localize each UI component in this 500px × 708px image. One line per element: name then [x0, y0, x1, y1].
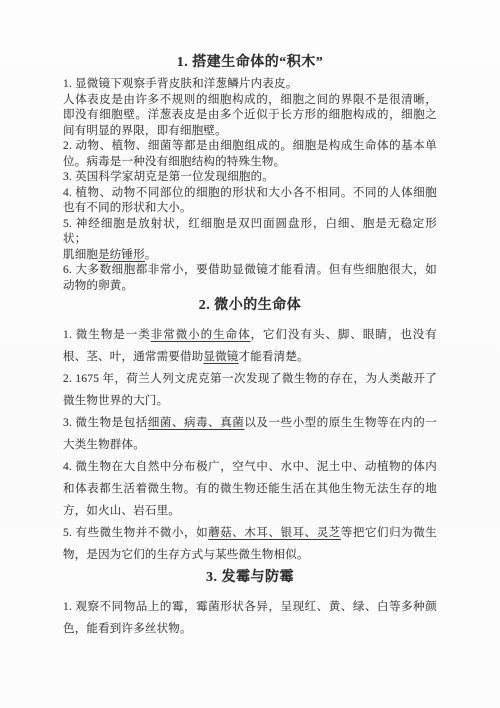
text-run: 2. 1675 年，荷兰人列文虎克第一次发现了微生物的存在，为人类敲开了微生物世…	[63, 373, 437, 407]
section-1: 1. 搭建生命体的“积木”1. 显微镜下观察手背皮肤和洋葱鳞片内表皮。人体表皮是…	[63, 54, 437, 294]
underlined-text: 蘑菇、木耳、银耳、灵芝	[208, 527, 341, 539]
paragraph: 1. 显微镜下观察手背皮肤和洋葱鳞片内表皮。	[63, 77, 437, 93]
text-run: 6. 大多数细胞都非常小，要借助显微镜才能看清。但有些细胞很大，如动物的卵黄。	[63, 264, 437, 292]
paragraph: 肌细胞是纺锤形。	[63, 248, 437, 264]
paragraph: 5. 有些微生物并不微小，如蘑菇、木耳、银耳、灵芝等把它们归为微生物，是因为它们…	[63, 522, 437, 566]
paragraph: 1. 微生物是一类非常微小的生命体，它们没有头、脚、眼睛，也没有根、茎、叶，通常…	[63, 324, 437, 368]
paragraph: 6. 大多数细胞都非常小，要借助显微镜才能看清。但有些细胞很大，如动物的卵黄。	[63, 263, 437, 294]
text-run: 。	[145, 249, 157, 261]
text-run: 肌细胞	[63, 249, 98, 261]
document-page: 1. 搭建生命体的“积木”1. 显微镜下观察手背皮肤和洋葱鳞片内表皮。人体表皮是…	[0, 0, 500, 708]
paragraph: 3. 微生物是包括细菌、病毒、真菌以及一些小型的原生生物等在内的一大类生物群体。	[63, 412, 437, 456]
section-title: 1. 搭建生命体的“积木”	[63, 54, 437, 72]
text-run: 1. 观察不同物品上的霉，霉菌形状各异，呈现红、黄、绿、白等多种颜色，能看到许多…	[63, 601, 437, 635]
text-run: 3. 微生物是包括	[63, 417, 148, 429]
paragraph: 人体表皮是由许多不规则的细胞构成的，细胞之间的界限不是很清晰，即没有细胞壁。洋葱…	[63, 93, 437, 140]
text-run: 4. 微生物在大自然中分布极广，空气中、水中、泥土中、动植物的体内和体表都生活着…	[63, 461, 437, 517]
paragraph: 2. 动物、植物、细菌等都是由细胞组成的。细胞是构成生命体的基本单位。病毒是一种…	[63, 139, 437, 170]
underlined-text: 非常微小的生命体	[151, 329, 251, 341]
text-run: 5. 神经细胞是放射状，红细胞是双凹面圆盘形，白细、胞是无稳定形状；	[63, 218, 437, 246]
paragraph: 2. 1675 年，荷兰人列文虎克第一次发现了微生物的存在，为人类敲开了微生物世…	[63, 368, 437, 412]
section-title: 3. 发霉与防霉	[63, 569, 437, 587]
section-2: 2. 微小的生命体1. 微生物是一类非常微小的生命体，它们没有头、脚、眼睛，也没…	[63, 297, 437, 566]
section-title: 2. 微小的生命体	[63, 297, 437, 315]
text-run: 3. 英国科学家胡克是第一位发现细胞的。	[63, 171, 274, 183]
text-run: 才能看清楚。	[239, 351, 309, 363]
underlined-text: 显微镜	[203, 351, 238, 363]
text-run: 5. 有些微生物并不微小，如	[63, 527, 208, 539]
text-run: 4. 植物、动物不同部位的细胞的形状和大小各不相同。不同的人体细胞也有不同的形状…	[63, 187, 437, 215]
text-run: 1. 显微镜下观察手背皮肤和洋葱鳞片内表皮。	[63, 78, 297, 90]
paragraph: 4. 微生物在大自然中分布极广，空气中、水中、泥土中、动植物的体内和体表都生活着…	[63, 456, 437, 522]
document-content: 1. 搭建生命体的“积木”1. 显微镜下观察手背皮肤和洋葱鳞片内表皮。人体表皮是…	[63, 54, 437, 640]
paragraph: 4. 植物、动物不同部位的细胞的形状和大小各不相同。不同的人体细胞也有不同的形状…	[63, 186, 437, 217]
text-run: 1. 微生物是一类	[63, 329, 151, 341]
text-run: 2. 动物、植物、细菌等都是由细胞组成的。细胞是构成生命体的基本单位。病毒是一种…	[63, 140, 437, 168]
text-run: 人体表皮是由许多不规则的细胞构成的，细胞之间的界限不是很清晰，即没有细胞壁。洋葱…	[63, 94, 437, 137]
section-3: 3. 发霉与防霉1. 观察不同物品上的霉，霉菌形状各异，呈现红、黄、绿、白等多种…	[63, 569, 437, 640]
paragraph: 3. 英国科学家胡克是第一位发现细胞的。	[63, 170, 437, 186]
paragraph: 1. 观察不同物品上的霉，霉菌形状各异，呈现红、黄、绿、白等多种颜色，能看到许多…	[63, 596, 437, 640]
underlined-text: 细菌、病毒、真菌	[148, 417, 245, 429]
underlined-text: 是纺锤形	[98, 249, 145, 261]
paragraph: 5. 神经细胞是放射状，红细胞是双凹面圆盘形，白细、胞是无稳定形状；	[63, 217, 437, 248]
